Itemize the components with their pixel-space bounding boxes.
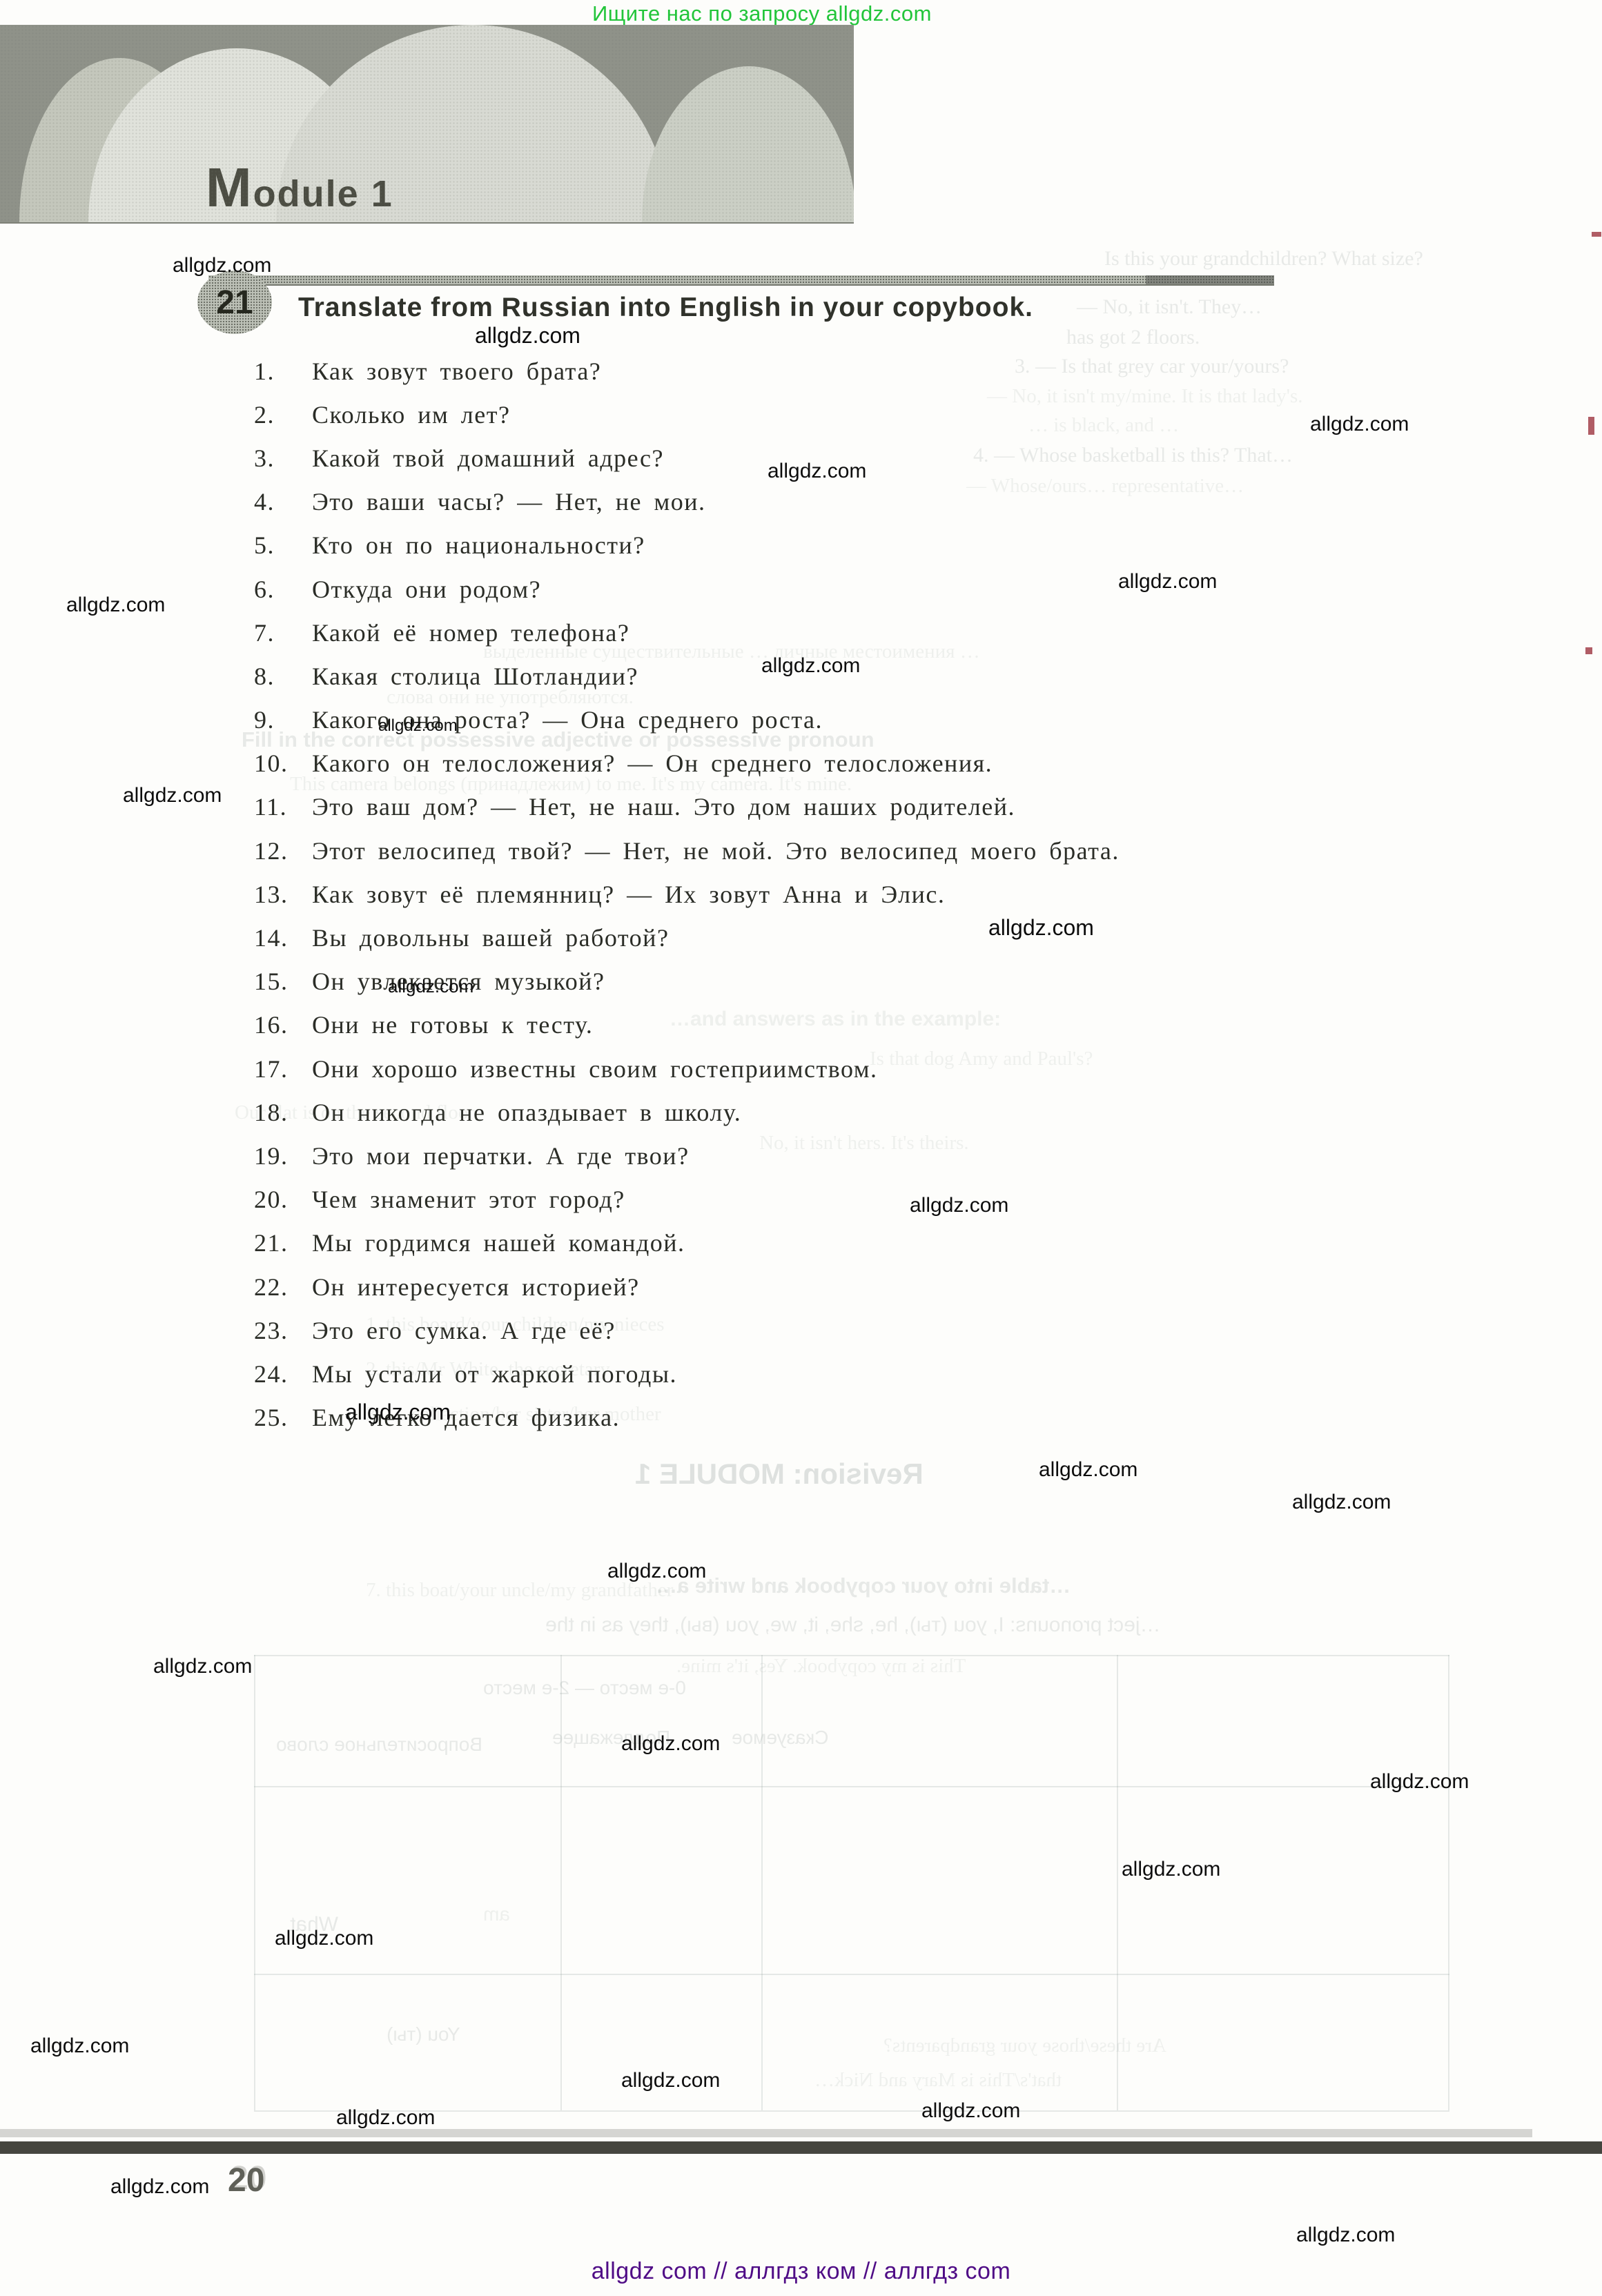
watermark: allgdz.com <box>768 460 866 483</box>
ghost-text: 1. this board/your children/my nieces <box>366 1313 664 1336</box>
watermark: allgdz.com <box>66 593 165 617</box>
watermark: allgdz.com <box>173 254 271 277</box>
sentence-number: 25. <box>254 1403 312 1432</box>
sentence-text: Как зовут твоего брата? <box>312 357 601 386</box>
ghost-text: Is that dog Amy and Paul's? <box>870 1048 1093 1070</box>
scanned-textbook-page: Ищите нас по запросу allgdz.com Module 1… <box>0 0 1602 2296</box>
ghost-table-grid <box>761 1655 763 2110</box>
watermark: allgdz.com <box>123 784 222 807</box>
ghost-text: …ject pronouns: I, you (ты), he, she, it… <box>545 1613 1161 1637</box>
sentence-item: 21. Мы гордимся нашей командой. <box>254 1221 1120 1265</box>
watermark: allgdz.com <box>1039 1458 1137 1482</box>
petal-shape <box>88 48 385 222</box>
sentence-text: Чем знаменит этот город? <box>312 1185 625 1214</box>
page-bottom-bar <box>0 2141 1602 2154</box>
sentence-number: 5. <box>254 531 312 560</box>
module-title: Module 1 <box>206 160 393 215</box>
watermark: allgdz.com <box>1296 2224 1395 2247</box>
module-title-rest: odule 1 <box>253 173 393 215</box>
sentence-number: 6. <box>254 575 312 604</box>
module-title-initial: M <box>206 160 253 215</box>
ghost-text: am <box>483 1903 510 1925</box>
ghost-text: 3. — Is that grey car your/yours? <box>1015 355 1289 378</box>
ghost-text: has got 2 floors. <box>1066 326 1200 349</box>
sentence-number: 19. <box>254 1141 312 1170</box>
ghost-text: that's/This is Mary and Nick… <box>814 2069 1062 2092</box>
sentence-number: 4. <box>254 487 312 516</box>
watermark: allgdz.com <box>30 2034 129 2058</box>
ghost-text: 4. — Whose basketball is this? That… <box>973 444 1293 467</box>
ghost-text: You (ты) <box>387 2023 460 2045</box>
exercise-number: 21 <box>216 284 253 322</box>
ghost-text: — Whose/ours… representative… <box>966 475 1244 498</box>
scan-artifact <box>1592 232 1601 237</box>
sentence-item: 6. Откуда они родом? <box>254 567 1120 611</box>
exercise-header-rule-end <box>1146 275 1274 284</box>
watermark: allgdz.com <box>1122 1858 1220 1881</box>
sentence-text: Это ваш дом? — Нет, не наш. Это дом наши… <box>312 792 1015 821</box>
sentence-number: 11. <box>254 792 312 821</box>
scan-artifact <box>1585 647 1592 654</box>
watermark: allgdz.com <box>621 1732 720 1756</box>
sentence-number: 12. <box>254 836 312 865</box>
scan-shadow-band <box>0 2129 1532 2137</box>
sentence-text: Это мои перчатки. А где твои? <box>312 1141 690 1170</box>
sentence-number: 17. <box>254 1054 312 1083</box>
watermark: allgdz.com <box>345 1400 451 1425</box>
watermark: allgdz.com <box>761 654 860 678</box>
ghost-text: …table into your copybook and write a… <box>656 1573 1071 1598</box>
ghost-table-grid <box>254 1786 1449 1787</box>
ghost-text: слова они не употребляются. <box>387 686 634 709</box>
sentence-number: 3. <box>254 444 312 473</box>
sentence-text: Вы довольны вашей работой? <box>312 923 669 952</box>
exercise-header-rule <box>208 275 1274 286</box>
ghost-text: Revision: MODULE 1 <box>635 1458 924 1491</box>
site-promo-banner: Ищите нас по запросу allgdz.com <box>592 1 932 26</box>
watermark: allgdz.com <box>607 1560 706 1583</box>
ghost-text: … is black, and … <box>1028 414 1179 437</box>
ghost-text: Fill in the correct possessive adjective… <box>242 727 875 752</box>
ghost-text: Are these/those your grandparents? <box>883 2034 1166 2057</box>
ghost-text: …and answers as in the example: <box>670 1008 1001 1031</box>
watermark: allgdz.com <box>475 323 580 349</box>
page-number: 20 <box>228 2161 264 2199</box>
watermark: allgdz.com <box>1118 570 1217 593</box>
ghost-table-grid <box>254 1655 255 2110</box>
sentence-item: 12. Этот велосипед твой? — Нет, не мой. … <box>254 829 1120 872</box>
exercise-number-badge: 21 <box>197 271 272 334</box>
petal-shape <box>642 66 854 222</box>
ghost-table-grid <box>1448 1655 1449 2110</box>
sentence-text: Мы гордимся нашей командой. <box>312 1228 685 1257</box>
watermark: allgdz.com <box>275 1927 373 1950</box>
sentence-number: 15. <box>254 967 312 996</box>
sentence-text: Этот велосипед твой? — Нет, не мой. Это … <box>312 836 1120 865</box>
sentence-number: 7. <box>254 618 312 647</box>
sentence-item: 13. Как зовут её племянниц? — Их зовут А… <box>254 872 1120 916</box>
watermark: allgdz.com <box>1370 1770 1469 1794</box>
sentence-number: 21. <box>254 1228 312 1257</box>
watermark: allgdz.com <box>336 2106 435 2130</box>
sentence-number: 22. <box>254 1273 312 1302</box>
watermark: allgdz.com <box>388 976 473 997</box>
sentence-item: 15. Он увлекается музыкой? <box>254 960 1120 1003</box>
sentence-number: 1. <box>254 357 312 386</box>
ghost-text: Вопросительное слово <box>276 1734 482 1756</box>
sentence-text: Откуда они родом? <box>312 575 541 604</box>
ghost-text: This is my copybook. Yes, it's mine. <box>676 1655 966 1678</box>
ghost-text: Our flat is on the second floor. <box>235 1101 479 1124</box>
watermark: allgdz.com <box>1310 413 1409 436</box>
sentence-number: 2. <box>254 400 312 429</box>
sentence-number: 13. <box>254 880 312 909</box>
sentence-list: 1. Как зовут твоего брата? 2. Сколько им… <box>254 349 1120 1440</box>
ghost-table-grid <box>254 1974 1449 1975</box>
watermark: allgdz.com <box>921 2099 1020 2123</box>
ghost-text: — No, it isn't. They… <box>1077 295 1262 319</box>
ghost-text: — No, it isn't my/mine. It is that lady'… <box>987 385 1303 408</box>
watermark: allgdz.com <box>910 1194 1008 1217</box>
sentence-item: 19. Это мои перчатки. А где твои? <box>254 1134 1120 1177</box>
sentence-text: Он интересуется историей? <box>312 1273 640 1302</box>
sentence-item: 5. Кто он по национальности? <box>254 524 1120 567</box>
sentence-text: Как зовут её племянниц? — Их зовут Анна … <box>312 880 945 909</box>
watermark: allgdz.com <box>1292 1491 1391 1514</box>
sentence-text: Они не готовы к тесту. <box>312 1010 593 1039</box>
sentence-number: 8. <box>254 662 312 691</box>
watermark: allgdz.com <box>621 2069 720 2092</box>
sentence-number: 20. <box>254 1185 312 1214</box>
site-footer-links: allgdz com // аллгдз ком // аллгдз com <box>592 2258 1011 2285</box>
sentence-text: Это ваши часы? — Нет, не мои. <box>312 487 706 516</box>
ghost-text: 2. this/Mr White, the secretary <box>366 1358 610 1381</box>
scan-artifact <box>1588 417 1594 435</box>
petal-shape <box>19 58 219 222</box>
sentence-text: Они хорошо известны своим гостеприимство… <box>312 1054 878 1083</box>
sentence-item: 22. Он интересуется историей? <box>254 1265 1120 1308</box>
sentence-text: Кто он по национальности? <box>312 531 645 560</box>
watermark: allgdz.com <box>110 2175 209 2199</box>
sentence-number: 23. <box>254 1316 312 1345</box>
ghost-text: Сказуемое <box>732 1727 829 1749</box>
sentence-text: Сколько им лет? <box>312 400 510 429</box>
ghost-table-grid <box>560 1655 562 2110</box>
module-header: Module 1 <box>0 25 854 224</box>
sentence-number: 24. <box>254 1360 312 1389</box>
petal-shape <box>276 25 670 222</box>
sentence-number: 16. <box>254 1010 312 1039</box>
ghost-text: This camera belongs (принадлежим) to me.… <box>290 773 852 796</box>
watermark: allgdz.com <box>153 1655 252 1678</box>
ghost-text: выделенные существительные … личные мест… <box>483 640 980 663</box>
sentence-text: Какой твой домашний адрес? <box>312 444 664 473</box>
watermark: allgdz.com <box>378 716 458 736</box>
sentence-number: 14. <box>254 923 312 952</box>
ghost-text: 0-е место — 2-е место <box>483 1677 686 1699</box>
ghost-text: Is this your grandchildren? What size? <box>1104 247 1423 271</box>
ghost-text: No, it isn't hers. It's theirs. <box>759 1132 969 1155</box>
exercise-title: Translate from Russian into English in y… <box>298 293 1033 323</box>
watermark: allgdz.com <box>988 915 1094 941</box>
